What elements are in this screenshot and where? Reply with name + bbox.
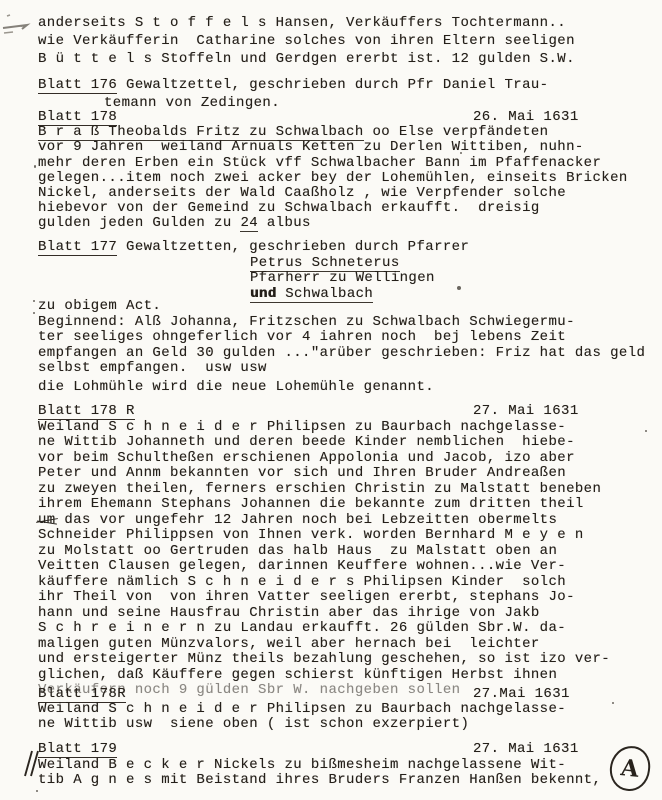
text-line: Nickel, anderseits der Wald Caaßholz , w… <box>38 186 628 201</box>
text-line: Blatt 176 Gewaltzettel, geschrieben durc… <box>38 76 549 94</box>
text-line: ter seeliges ohngeferlich vor 4 iahren n… <box>38 330 645 346</box>
blatt-heading: Blatt 177 <box>38 239 117 256</box>
text-line: Blatt 178R27.Mai 1631 <box>38 687 566 702</box>
text-line: um das vor ungefehr 12 Jahren noch bei L… <box>38 513 610 529</box>
text-line: Blatt 177 Gewaltzetten, geschrieben durc… <box>38 240 469 256</box>
blatt-heading: Blatt 179 <box>38 741 117 758</box>
line-part: albus <box>258 215 311 231</box>
scan-speck <box>645 430 647 432</box>
text-line: gulden jeden Gulden zu 24 albus <box>38 216 628 231</box>
text-line: zu Molstatt oo Gertruden das halb Haus z… <box>38 544 610 560</box>
text-line: gelegen...item noch zwei acker bey der L… <box>38 171 628 186</box>
text-line: vor 9 Jahren weiland Arnuals Ketten zu D… <box>38 140 628 155</box>
text-line: vor beim Schultheßen erschienen Appoloni… <box>38 451 610 467</box>
text-line: ne Wittib Johanneth und deren beede Kind… <box>38 435 610 451</box>
circled-letter-a-stamp: A <box>608 744 652 793</box>
text-line: glichen, daß Käuffere gegen schierst kün… <box>38 668 610 684</box>
text-line: käuffere nämlich S c h n e i d e r s Phi… <box>38 575 610 591</box>
scan-speck <box>612 702 614 704</box>
text-line: hann und seine Hausfrau Christin aber da… <box>38 606 610 622</box>
text-line: anderseits S t o f f e l s Hansen, Verkä… <box>38 14 575 32</box>
entry-blatt-179: Blatt 17927. Mai 1631 Weiland B e c k e … <box>38 742 601 789</box>
heading-rest: Gewaltzetten, geschrieben durch Pfarrer <box>117 239 469 255</box>
text-line: Weiland S c h n e i d e r Philipsen zu B… <box>38 420 610 436</box>
entry-blatt-178r-2: Blatt 178R27.Mai 1631 Weiland S c h n e … <box>38 687 566 733</box>
paragraph: anderseits S t o f f e l s Hansen, Verkä… <box>38 14 575 68</box>
heading-rest: Gewaltzettel, geschrieben durch Pfr Dani… <box>117 77 548 93</box>
text-line: Blatt 17826. Mai 1631 <box>38 110 628 125</box>
text-line: selbst empfangen. usw usw <box>38 361 645 377</box>
entry-blatt-176: Blatt 176 Gewaltzettel, geschrieben durc… <box>38 76 549 112</box>
scan-speck <box>33 312 35 314</box>
scan-speck <box>34 165 36 168</box>
blatt-heading: Blatt 178 R <box>38 403 135 420</box>
blatt-heading: Blatt 176 <box>38 77 117 94</box>
text-line: ihr Theil von von ihren Vatter seeligen … <box>38 590 610 606</box>
line-part: gulden jeden Gulden zu <box>38 215 240 231</box>
text-line: zu obigem Act. <box>38 299 645 315</box>
date-label: 26. Mai 1631 <box>473 110 579 125</box>
text-line: die Lohmühle wird die neue Lohemühle gen… <box>38 380 434 396</box>
date-label: 27.Mai 1631 <box>473 687 570 702</box>
line-rest: das vor ungefehr 12 Jahren noch bei Lebz… <box>56 512 558 528</box>
text-line: maligen guten Münzvalors, weil aber hern… <box>38 637 610 653</box>
struck-word: um <box>38 513 56 529</box>
scan-speck <box>457 286 461 290</box>
text-line: Weiland B e c k e r Nickels zu bißmeshei… <box>38 758 601 774</box>
scan-speck <box>36 790 38 792</box>
margin-slash-mark <box>23 750 41 778</box>
date-label: 27. Mai 1631 <box>473 742 579 758</box>
entry-blatt-178r: Blatt 178 R27. Mai 1631 Weiland S c h n … <box>38 404 610 699</box>
pencil-scribble <box>1 12 35 38</box>
line-rest: oo Else verpfändeten <box>364 124 549 140</box>
text-line: zu zweyen theilen, ferners erschien Chri… <box>38 482 610 498</box>
text-line: ne Wittib usw siene oben ( ist schon exz… <box>38 717 566 732</box>
text-line: Blatt 17927. Mai 1631 <box>38 742 601 758</box>
text-line: Schneider Philippsen von Ihnen verk. wor… <box>38 528 610 544</box>
entry-blatt-177: Blatt 177 Gewaltzetten, geschrieben durc… <box>38 240 469 302</box>
underlined-phrase: Petrus Schneterus <box>250 255 400 272</box>
paragraph: zu obigem Act. Beginnend: Alß Johanna, F… <box>38 299 645 377</box>
paragraph: die Lohmühle wird die neue Lohemühle gen… <box>38 380 434 396</box>
text-line: Pfarherr zu Wellingen <box>250 271 469 287</box>
text-line: und ersteigerter Münz theils bezahlung g… <box>38 652 610 668</box>
text-line: wie Verkäufferin Catharine solches von i… <box>38 32 575 50</box>
scan-speck <box>460 152 462 154</box>
text-line: Beginnend: Alß Johanna, Fritzschen zu Sc… <box>38 315 645 331</box>
text-line: tib A g n e s mit Beistand ihres Bruders… <box>38 773 601 789</box>
text-line: S c h r e i n e r n zu Landau erkaufft. … <box>38 621 610 637</box>
text-line: Veitten Clausen gelegen, darinnen Keuffe… <box>38 559 610 575</box>
document-scan: anderseits S t o f f e l s Hansen, Verkä… <box>0 0 662 800</box>
date-label: 27. Mai 1631 <box>473 404 579 420</box>
text-line: Peter und Annm bekannten vor sich und Ih… <box>38 466 610 482</box>
text-line: B ü t t e l s Stoffeln und Gerdgen ererb… <box>38 50 575 68</box>
text-line: Blatt 178 R27. Mai 1631 <box>38 404 610 420</box>
text-line: Petrus Schneterus <box>250 256 469 272</box>
text-line: ihrem Ehemann Stephans Johannen die beka… <box>38 497 610 513</box>
scan-speck <box>574 118 576 120</box>
underlined-phrase: 24 <box>240 215 258 232</box>
scan-speck <box>33 300 35 302</box>
text-line: mehr deren Erben ein Stück vff Schwalbac… <box>38 156 628 171</box>
entry-blatt-178: Blatt 17826. Mai 1631 B r a ß Theobalds … <box>38 110 628 232</box>
